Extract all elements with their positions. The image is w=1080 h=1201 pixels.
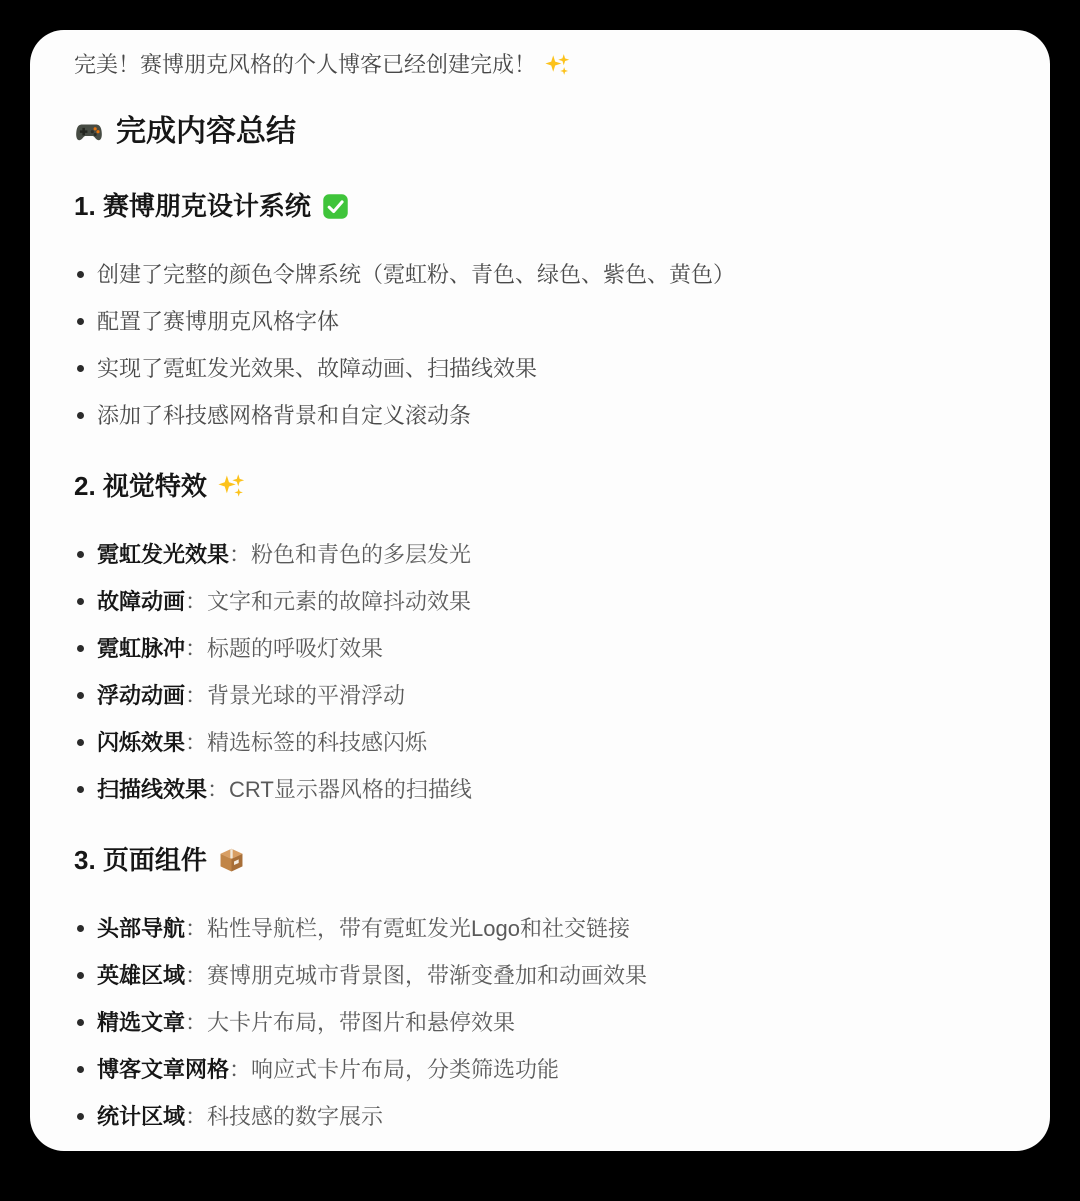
item-colon: ： — [185, 916, 207, 941]
item-colon: ： — [185, 730, 207, 755]
list-item: 扫描线效果：CRT显示器风格的扫描线 — [74, 773, 1006, 806]
package-icon — [218, 847, 245, 874]
summary-heading: 完成内容总结 — [74, 112, 1006, 152]
gamepad-icon — [74, 117, 104, 147]
bullet-dot — [77, 1019, 84, 1026]
bullet-list-page-components: 头部导航：粘性导航栏，带有霓虹发光Logo和社交链接 英雄区域：赛博朋克城市背景… — [74, 912, 1006, 1133]
item-term: 博客文章网格 — [97, 1057, 229, 1082]
item-text: 实现了霓虹发光效果、故障动画、扫描线效果 — [97, 356, 537, 381]
list-item: 统计区域：科技感的数字展示 — [74, 1100, 1006, 1133]
summary-heading-text: 完成内容总结 — [116, 112, 296, 152]
item-desc: 精选标签的科技感闪烁 — [207, 730, 427, 755]
bullet-dot — [77, 925, 84, 932]
item-colon: ： — [229, 542, 251, 567]
bullet-dot — [77, 412, 84, 419]
section-title-visual-effects: 2. 视觉特效 — [74, 468, 1006, 504]
item-colon: ： — [185, 589, 207, 614]
bullet-dot — [77, 598, 84, 605]
item-desc: 大卡片布局，带图片和悬停效果 — [207, 1010, 515, 1035]
list-item: 博客文章网格：响应式卡片布局，分类筛选功能 — [74, 1053, 1006, 1086]
item-colon: ： — [185, 963, 207, 988]
item-term: 扫描线效果 — [97, 777, 207, 802]
item-term: 头部导航 — [97, 916, 185, 941]
item-desc: 粘性导航栏，带有霓虹发光Logo和社交链接 — [207, 916, 630, 941]
section-title-page-components: 3. 页面组件 — [74, 842, 1006, 878]
list-item: 闪烁效果：精选标签的科技感闪烁 — [74, 726, 1006, 759]
item-colon: ： — [207, 777, 229, 802]
bullet-dot — [77, 1113, 84, 1120]
item-term: 精选文章 — [97, 1010, 185, 1035]
section-title-text: 1. 赛博朋克设计系统 — [74, 188, 311, 224]
intro-paragraph: 完美！赛博朋克风格的个人博客已经创建完成！ — [74, 48, 1006, 82]
item-term: 英雄区域 — [97, 963, 185, 988]
section-title-design-system: 1. 赛博朋克设计系统 — [74, 188, 1006, 224]
intro-text: 完美！赛博朋克风格的个人博客已经创建完成！ — [74, 48, 536, 82]
section-title-text: 3. 页面组件 — [74, 842, 207, 878]
item-desc: 科技感的数字展示 — [207, 1104, 383, 1129]
bullet-dot — [77, 1066, 84, 1073]
list-item: 实现了霓虹发光效果、故障动画、扫描线效果 — [74, 352, 1006, 385]
bullet-dot — [77, 318, 84, 325]
item-desc: 文字和元素的故障抖动效果 — [207, 589, 471, 614]
item-desc: 赛博朋克城市背景图，带渐变叠加和动画效果 — [207, 963, 647, 988]
bullet-list-design-system: 创建了完整的颜色令牌系统（霓虹粉、青色、绿色、紫色、黄色） 配置了赛博朋克风格字… — [74, 258, 1006, 432]
item-term: 霓虹发光效果 — [97, 542, 229, 567]
list-item: 添加了科技感网格背景和自定义滚动条 — [74, 399, 1006, 432]
item-text: 创建了完整的颜色令牌系统（霓虹粉、青色、绿色、紫色、黄色） — [97, 262, 735, 287]
item-colon: ： — [185, 1104, 207, 1129]
sparkles-icon — [545, 53, 570, 78]
item-term: 浮动动画 — [97, 683, 185, 708]
list-item: 头部导航：粘性导航栏，带有霓虹发光Logo和社交链接 — [74, 912, 1006, 945]
bullet-list-visual-effects: 霓虹发光效果：粉色和青色的多层发光 故障动画：文字和元素的故障抖动效果 霓虹脉冲… — [74, 538, 1006, 806]
bullet-dot — [77, 271, 84, 278]
item-term: 霓虹脉冲 — [97, 636, 185, 661]
list-item: 创建了完整的颜色令牌系统（霓虹粉、青色、绿色、紫色、黄色） — [74, 258, 1006, 291]
item-term: 闪烁效果 — [97, 730, 185, 755]
item-colon: ： — [185, 683, 207, 708]
item-desc: 标题的呼吸灯效果 — [207, 636, 383, 661]
item-desc: 粉色和青色的多层发光 — [251, 542, 471, 567]
list-item: 浮动动画：背景光球的平滑浮动 — [74, 679, 1006, 712]
item-desc: 响应式卡片布局，分类筛选功能 — [251, 1057, 559, 1082]
bullet-dot — [77, 972, 84, 979]
item-term: 统计区域 — [97, 1104, 185, 1129]
item-desc: CRT显示器风格的扫描线 — [229, 777, 472, 802]
item-term: 故障动画 — [97, 589, 185, 614]
item-desc: 背景光球的平滑浮动 — [207, 683, 405, 708]
list-item: 精选文章：大卡片布局，带图片和悬停效果 — [74, 1006, 1006, 1039]
item-colon: ： — [229, 1057, 251, 1082]
list-item: 故障动画：文字和元素的故障抖动效果 — [74, 585, 1006, 618]
check-mark-icon — [322, 193, 349, 220]
list-item: 霓虹脉冲：标题的呼吸灯效果 — [74, 632, 1006, 665]
section-title-text: 2. 视觉特效 — [74, 468, 207, 504]
list-item: 配置了赛博朋克风格字体 — [74, 305, 1006, 338]
item-colon: ： — [185, 1010, 207, 1035]
list-item: 英雄区域：赛博朋克城市背景图，带渐变叠加和动画效果 — [74, 959, 1006, 992]
bullet-dot — [77, 645, 84, 652]
bullet-dot — [77, 692, 84, 699]
item-text: 添加了科技感网格背景和自定义滚动条 — [97, 403, 471, 428]
message-card: 完美！赛博朋克风格的个人博客已经创建完成！ 完成内容总结 1. 赛博朋克设计系统 — [30, 30, 1050, 1151]
sparkles-icon — [218, 473, 245, 500]
item-text: 配置了赛博朋克风格字体 — [97, 309, 339, 334]
bullet-dot — [77, 786, 84, 793]
bullet-dot — [77, 551, 84, 558]
list-item: 霓虹发光效果：粉色和青色的多层发光 — [74, 538, 1006, 571]
item-colon: ： — [185, 636, 207, 661]
bullet-dot — [77, 739, 84, 746]
bullet-dot — [77, 365, 84, 372]
